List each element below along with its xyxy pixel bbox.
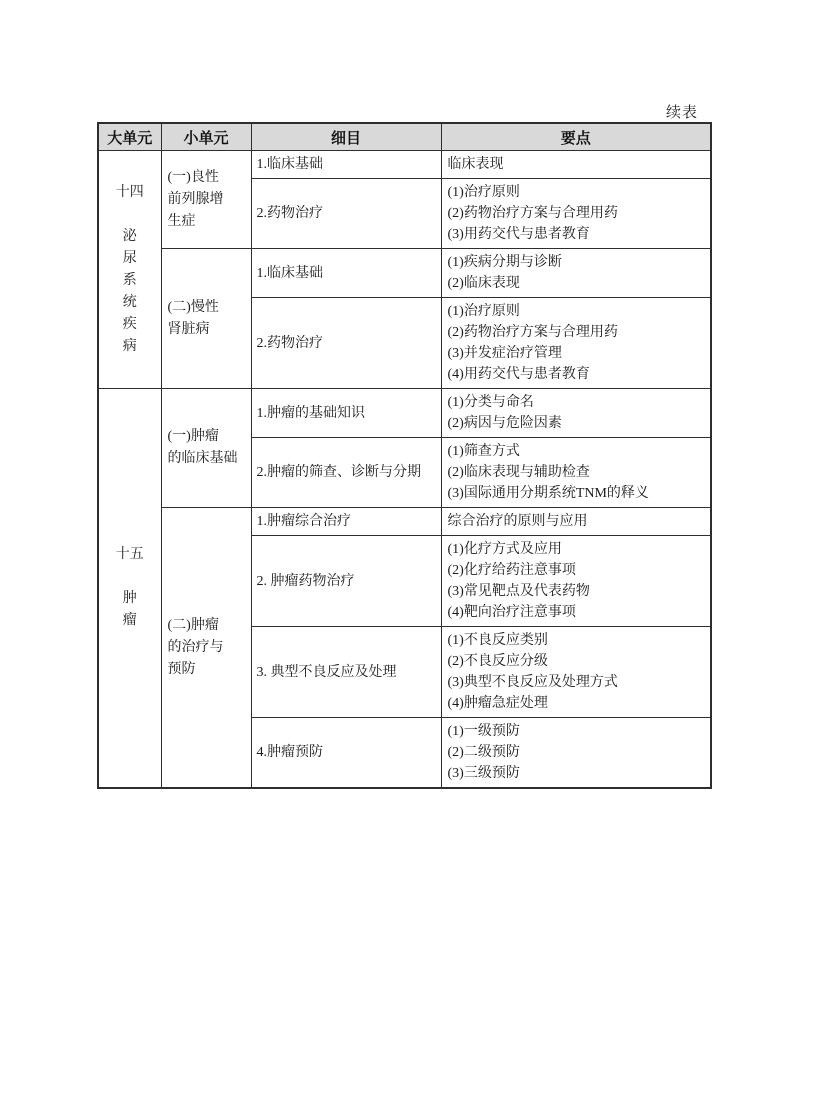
subunit-line: 肾脏病 <box>168 319 247 341</box>
subunit-line: 的临床基础 <box>168 448 247 470</box>
subunit-cell-4: (二)肿瘤 的治疗与 预防 <box>161 508 251 789</box>
detail-cell: 1.临床基础 <box>251 151 441 179</box>
unit-number: 十四 <box>100 182 160 204</box>
points-cell: (1)不良反应类别 (2)不良反应分级 (3)典型不良反应及处理方式 (4)肿瘤… <box>441 627 711 718</box>
unit-name-char: 尿 <box>100 248 160 270</box>
point-line: (4)用药交代与患者教育 <box>448 364 707 385</box>
detail-cell: 1.肿瘤的基础知识 <box>251 389 441 438</box>
point-line: (3)三级预防 <box>448 763 707 784</box>
point-line: (2)临床表现与辅助检查 <box>448 462 707 483</box>
unit-name-char: 泌 <box>100 226 160 248</box>
header-item: 细目 <box>251 123 441 151</box>
subunit-line: (二)肿瘤 <box>168 615 247 637</box>
detail-cell: 2.肿瘤的筛查、诊断与分期 <box>251 438 441 508</box>
detail-text: 2.肿瘤的筛查、诊断与分期 <box>257 462 439 483</box>
detail-text: 1.肿瘤的基础知识 <box>257 403 439 424</box>
points-cell: (1)疾病分期与诊断 (2)临床表现 <box>441 249 711 298</box>
detail-text: 1.肿瘤综合治疗 <box>257 511 439 532</box>
continued-table-label: 续表 <box>666 101 698 122</box>
syllabus-table: 大单元 小单元 细目 要点 十四 泌 尿 系 统 疾 病 <box>97 122 712 789</box>
point-line: (3)用药交代与患者教育 <box>448 224 707 245</box>
point-line: (1)不良反应类别 <box>448 630 707 651</box>
points-cell: 临床表现 <box>441 151 711 179</box>
point-line: (1)一级预防 <box>448 721 707 742</box>
subunit-line: (一)肿瘤 <box>168 426 247 448</box>
detail-text: 3. 典型不良反应及处理 <box>257 662 439 683</box>
point-line: (2)临床表现 <box>448 273 707 294</box>
document-page: 续表 大单元 小单元 细目 要点 十四 泌 尿 <box>0 0 816 1100</box>
unit-number: 十五 <box>100 544 160 566</box>
detail-text: 4.肿瘤预防 <box>257 742 439 763</box>
point-line: (2)病因与危险因素 <box>448 413 707 434</box>
point-line: 综合治疗的原则与应用 <box>448 511 707 532</box>
point-line: (2)化疗给药注意事项 <box>448 560 707 581</box>
unit-name-char: 系 <box>100 270 160 292</box>
subunit-line: (二)慢性 <box>168 297 247 319</box>
detail-cell: 2.药物治疗 <box>251 179 441 249</box>
header-row: 大单元 小单元 细目 要点 <box>98 123 711 151</box>
points-cell: (1)分类与命名 (2)病因与危险因素 <box>441 389 711 438</box>
unit-cell-14: 十四 泌 尿 系 统 疾 病 <box>98 151 161 389</box>
subunit-line: 预防 <box>168 659 247 681</box>
unit-name-char: 病 <box>100 336 160 358</box>
unit-name-char: 统 <box>100 292 160 314</box>
point-line: 临床表现 <box>448 154 707 175</box>
points-cell: (1)化疗方式及应用 (2)化疗给药注意事项 (3)常见靶点及代表药物 (4)靶… <box>441 536 711 627</box>
point-line: (2)不良反应分级 <box>448 651 707 672</box>
subunit-cell-2: (二)慢性 肾脏病 <box>161 249 251 389</box>
points-cell: (1)筛查方式 (2)临床表现与辅助检查 (3)国际通用分期系统TNM的释义 <box>441 438 711 508</box>
subunit-cell-3: (一)肿瘤 的临床基础 <box>161 389 251 508</box>
table-row: 十五 肿 瘤 (一)肿瘤 的临床基础 1.肿瘤的基础知识 (1)分类与命名 (2… <box>98 389 711 438</box>
unit-cell-15: 十五 肿 瘤 <box>98 389 161 789</box>
header-minor-unit: 小单元 <box>161 123 251 151</box>
detail-text: 1.临床基础 <box>257 263 439 284</box>
header-major-unit: 大单元 <box>98 123 161 151</box>
point-line: (1)治疗原则 <box>448 301 707 322</box>
points-cell: (1)治疗原则 (2)药物治疗方案与合理用药 (3)并发症治疗管理 (4)用药交… <box>441 298 711 389</box>
detail-text: 1.临床基础 <box>257 154 439 175</box>
spacer <box>100 566 160 588</box>
subunit-line: 的治疗与 <box>168 637 247 659</box>
spacer <box>100 204 160 226</box>
table-row: (二)慢性 肾脏病 1.临床基础 (1)疾病分期与诊断 (2)临床表现 <box>98 249 711 298</box>
subunit-line: 生症 <box>168 211 247 233</box>
point-line: (1)化疗方式及应用 <box>448 539 707 560</box>
points-cell: (1)一级预防 (2)二级预防 (3)三级预防 <box>441 718 711 789</box>
detail-cell: 4.肿瘤预防 <box>251 718 441 789</box>
point-line: (2)药物治疗方案与合理用药 <box>448 322 707 343</box>
unit-name-char: 肿 <box>100 588 160 610</box>
point-line: (3)国际通用分期系统TNM的释义 <box>448 483 707 504</box>
points-cell: 综合治疗的原则与应用 <box>441 508 711 536</box>
header-key-points: 要点 <box>441 123 711 151</box>
points-cell: (1)治疗原则 (2)药物治疗方案与合理用药 (3)用药交代与患者教育 <box>441 179 711 249</box>
point-line: (1)分类与命名 <box>448 392 707 413</box>
subunit-cell-1: (一)良性 前列腺增 生症 <box>161 151 251 249</box>
point-line: (2)药物治疗方案与合理用药 <box>448 203 707 224</box>
subunit-line: 前列腺增 <box>168 189 247 211</box>
point-line: (1)治疗原则 <box>448 182 707 203</box>
detail-text: 2. 肿瘤药物治疗 <box>257 571 439 592</box>
point-line: (1)疾病分期与诊断 <box>448 252 707 273</box>
unit-name-char: 疾 <box>100 314 160 336</box>
detail-cell: 1.临床基础 <box>251 249 441 298</box>
detail-cell: 1.肿瘤综合治疗 <box>251 508 441 536</box>
unit-name-char: 瘤 <box>100 610 160 632</box>
point-line: (3)常见靶点及代表药物 <box>448 581 707 602</box>
detail-cell: 3. 典型不良反应及处理 <box>251 627 441 718</box>
detail-cell: 2. 肿瘤药物治疗 <box>251 536 441 627</box>
table-row: (二)肿瘤 的治疗与 预防 1.肿瘤综合治疗 综合治疗的原则与应用 <box>98 508 711 536</box>
detail-text: 2.药物治疗 <box>257 333 439 354</box>
point-line: (4)肿瘤急症处理 <box>448 693 707 714</box>
point-line: (1)筛查方式 <box>448 441 707 462</box>
subunit-line: (一)良性 <box>168 167 247 189</box>
detail-text: 2.药物治疗 <box>257 203 439 224</box>
detail-cell: 2.药物治疗 <box>251 298 441 389</box>
point-line: (4)靶向治疗注意事项 <box>448 602 707 623</box>
point-line: (3)并发症治疗管理 <box>448 343 707 364</box>
point-line: (2)二级预防 <box>448 742 707 763</box>
table-row: 十四 泌 尿 系 统 疾 病 (一)良性 前列腺增 生症 1.临床基础 <box>98 151 711 179</box>
point-line: (3)典型不良反应及处理方式 <box>448 672 707 693</box>
